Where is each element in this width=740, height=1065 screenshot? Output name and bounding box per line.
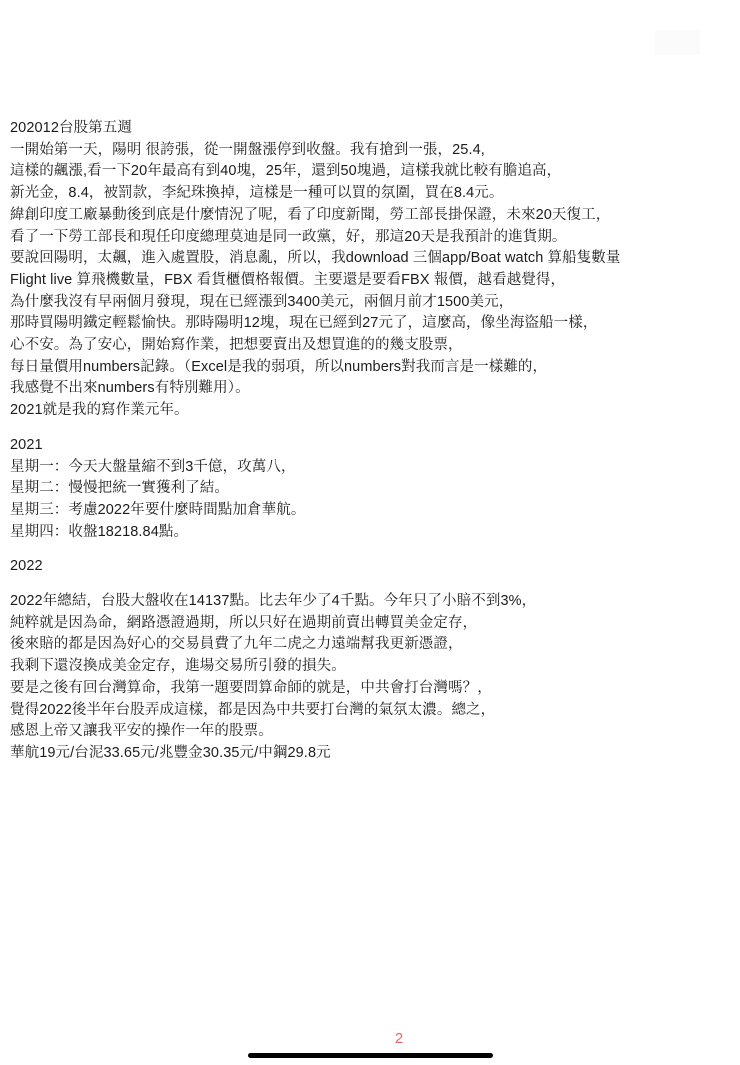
text-line: Flight live 算飛機數量，FBX 看貨櫃價格報價。主要還是要看FBX … bbox=[10, 270, 710, 292]
text-line: 後來賠的都是因為好心的交易員費了九年二虎之力遠端幫我更新憑證， bbox=[10, 634, 710, 656]
text-line: 星期一：今天大盤量縮不到3千億，攻萬八， bbox=[10, 457, 710, 479]
text-line: 我剩下還沒換成美金定存，進場交易所引發的損失。 bbox=[10, 656, 710, 678]
text-line: 星期三：考慮2022年要什麼時間點加倉華航。 bbox=[10, 500, 710, 522]
text-line: 那時買陽明鐵定輕鬆愉快。那時陽明12塊，現在已經到27元了，這麼高，像坐海盜船一… bbox=[10, 313, 710, 335]
text-line: 心不安。為了安心，開始寫作業，把想要賣出及想買進的的幾支股票， bbox=[10, 335, 710, 357]
paragraph-gap bbox=[10, 422, 710, 435]
text-line: 為什麼我沒有早兩個月發現，現在已經漲到3400美元，兩個月前才1500美元， bbox=[10, 292, 710, 314]
text-line: 要是之後有回台灣算命，我第一題要問算命師的就是，中共會打台灣嗎？， bbox=[10, 678, 710, 700]
text-line: 這樣的飆漲,看一下20年最高有到40塊，25年，還到50塊過，這樣我就比較有膽追… bbox=[10, 161, 710, 183]
section-title: 202012台股第五週 bbox=[10, 118, 710, 140]
text-line: 2021就是我的寫作業元年。 bbox=[10, 400, 710, 422]
text-line: 2022年總結，台股大盤收在14137點。比去年少了4千點。今年只了小賠不到3%… bbox=[10, 591, 710, 613]
text-line: 一開始第一天，陽明 很誇張，從一開盤漲停到收盤。我有搶到一張，25.4, bbox=[10, 140, 710, 162]
text-line: 星期二：慢慢把統一實獲利了結。 bbox=[10, 478, 710, 500]
text-line: 新光金，8.4，被罰款，李紀珠換掉，這樣是一種可以買的氛圍，買在8.4元。 bbox=[10, 183, 710, 205]
section-title: 2022 bbox=[10, 556, 710, 578]
section-title: 2021 bbox=[10, 435, 710, 457]
home-indicator-bar[interactable] bbox=[248, 1053, 493, 1058]
text-line: 覺得2022後半年台股弄成這樣，都是因為中共要打台灣的氣氛太濃。總之， bbox=[10, 700, 710, 722]
section-202012-week5: 202012台股第五週 一開始第一天，陽明 很誇張，從一開盤漲停到收盤。我有搶到… bbox=[10, 118, 710, 422]
section-2022-summary: 2022年總結，台股大盤收在14137點。比去年少了4千點。今年只了小賠不到3%… bbox=[10, 591, 710, 765]
text-line: 要說回陽明，太飆，進入處置股，消息亂，所以，我download 三個app/Bo… bbox=[10, 248, 710, 270]
section-2021: 2021 星期一：今天大盤量縮不到3千億，攻萬八， 星期二：慢慢把統一實獲利了結… bbox=[10, 435, 710, 544]
text-line: 星期四：收盤18218.84點。 bbox=[10, 522, 710, 544]
page-number: 2 bbox=[0, 1030, 740, 1047]
text-line: 每日量價用numbers記錄。（Excel是我的弱項，所以numbers對我而言… bbox=[10, 357, 710, 379]
text-line: 感恩上帝又讓我平安的操作一年的股票。 bbox=[10, 721, 710, 743]
document-body: 202012台股第五週 一開始第一天，陽明 很誇張，從一開盤漲停到收盤。我有搶到… bbox=[10, 118, 710, 765]
text-line: 純粹就是因為命，網路憑證過期，所以只好在過期前賣出轉買美金定存， bbox=[10, 613, 710, 635]
paragraph-gap bbox=[10, 578, 710, 591]
paragraph-gap bbox=[10, 543, 710, 556]
text-line: 我感覺不出來numbers有特別難用）。 bbox=[10, 378, 710, 400]
text-line: 緯創印度工廠暴動後到底是什麼情況了呢，看了印度新聞，勞工部長掛保證，未來20天復… bbox=[10, 205, 710, 227]
section-2022: 2022 bbox=[10, 556, 710, 578]
faint-overlay-mark bbox=[655, 30, 700, 55]
text-line: 看了一下勞工部長和現任印度總理莫迪是同一政黨，好，那這20天是我預計的進貨期。 bbox=[10, 227, 710, 249]
text-line: 華航19元/台泥33.65元/兆豐金30.35元/中鋼29.8元 bbox=[10, 743, 710, 765]
